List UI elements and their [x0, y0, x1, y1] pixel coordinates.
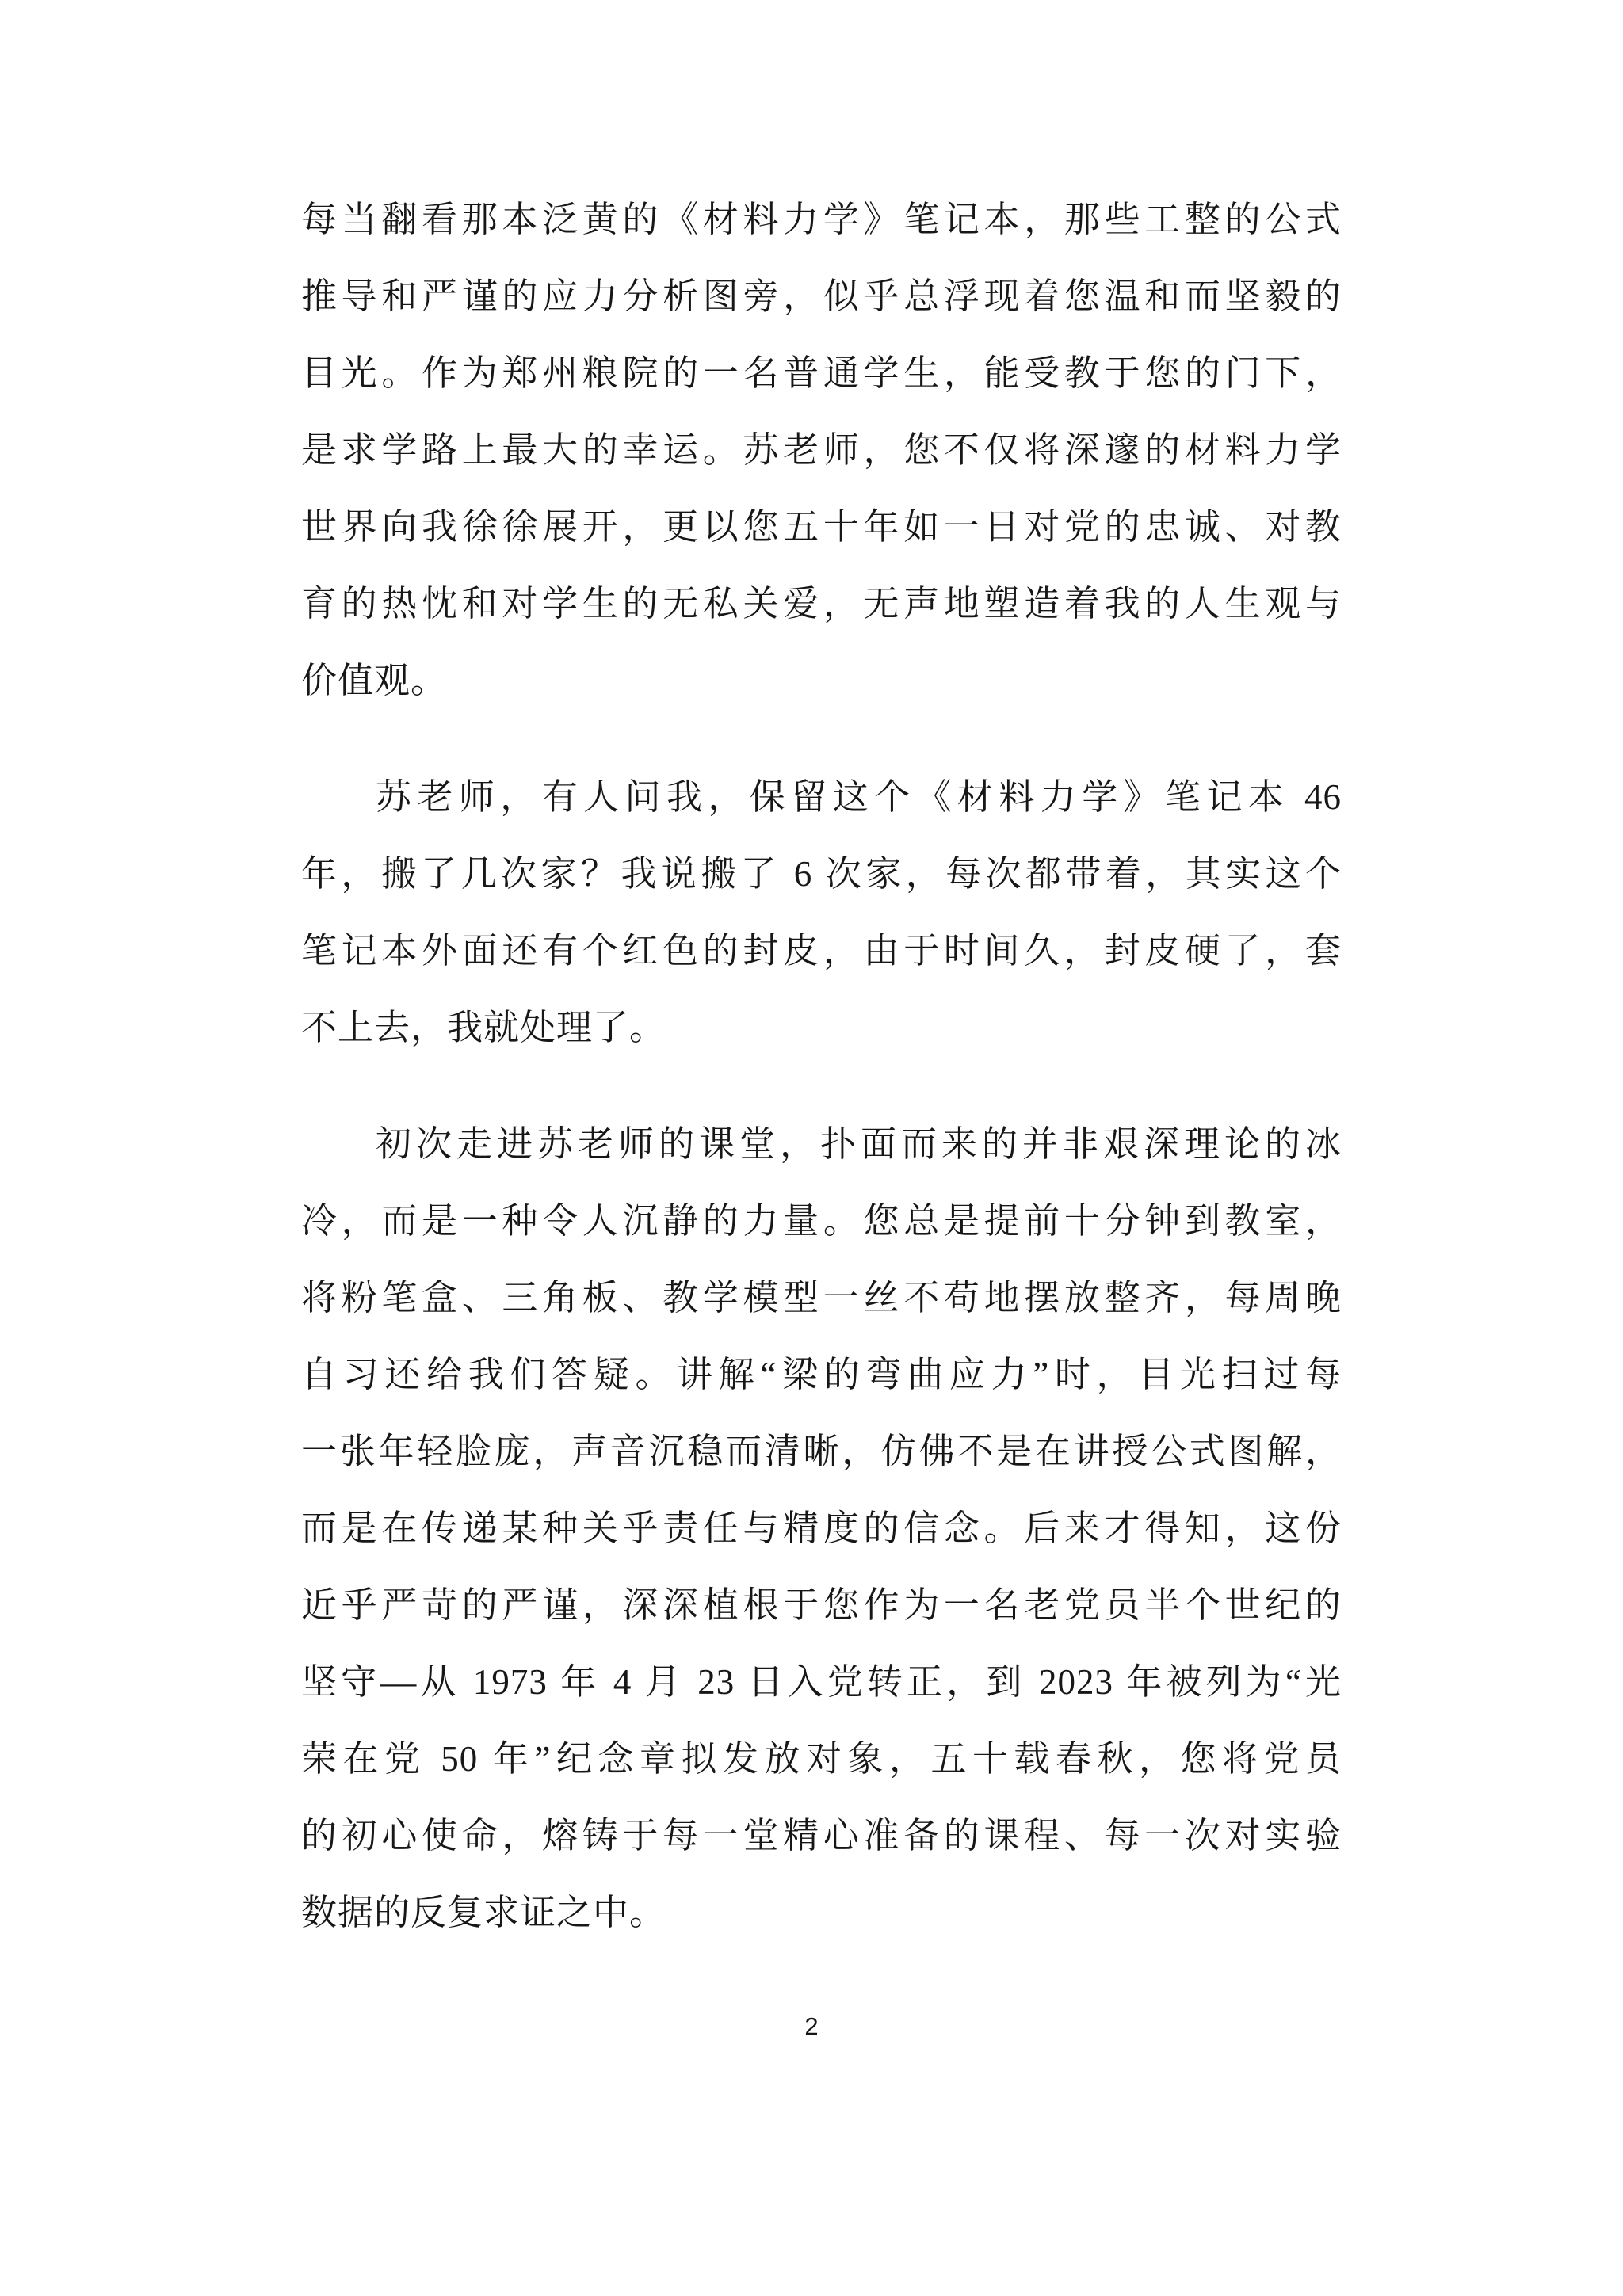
text-line: 苏老师，有人问我，保留这个《材料力学》笔记本 46 [301, 759, 1342, 836]
text-line: 每当翻看那本泛黄的《材料力学》笔记本，那些工整的公式 [301, 181, 1342, 258]
page-number: 2 [804, 2012, 818, 2040]
text-line: 将粉笔盒、三角板、教学模型一丝不苟地摆放整齐，每周晚 [301, 1260, 1342, 1337]
text-line: 近乎严苛的严谨，深深植根于您作为一名老党员半个世纪的 [301, 1567, 1342, 1644]
text-line: 一张年轻脸庞，声音沉稳而清晰，仿佛不是在讲授公式图解， [301, 1413, 1342, 1490]
text-line: 目光。作为郑州粮院的一名普通学生，能受教于您的门下， [301, 335, 1342, 412]
text-line: 不上去，我就处理了。 [301, 990, 1342, 1066]
text-line: 年，搬了几次家？我说搬了 6 次家，每次都带着，其实这个 [301, 836, 1342, 913]
paragraph: 每当翻看那本泛黄的《材料力学》笔记本，那些工整的公式推导和严谨的应力分析图旁，似… [301, 181, 1342, 719]
text-line: 世界向我徐徐展开，更以您五十年如一日对党的忠诚、对教 [301, 489, 1342, 566]
text-line: 是求学路上最大的幸运。苏老师，您不仅将深邃的材料力学 [301, 412, 1342, 489]
text-line: 自习还给我们答疑。讲解“梁的弯曲应力”时，目光扫过每 [301, 1337, 1342, 1413]
text-line: 坚守—从 1973 年 4 月 23 日入党转正，到 2023 年被列为“光 [301, 1644, 1342, 1721]
document-page: 每当翻看那本泛黄的《材料力学》笔记本，那些工整的公式推导和严谨的应力分析图旁，似… [0, 0, 1623, 2296]
text-line: 笔记本外面还有个红色的封皮，由于时间久，封皮硬了，套 [301, 913, 1342, 990]
text-line: 推导和严谨的应力分析图旁，似乎总浮现着您温和而坚毅的 [301, 258, 1342, 335]
text-line: 初次走进苏老师的课堂，扑面而来的并非艰深理论的冰 [301, 1106, 1342, 1183]
text-line: 的初心使命，熔铸于每一堂精心准备的课程、每一次对实验 [301, 1798, 1342, 1875]
page-footer: 2 [0, 2011, 1623, 2042]
text-line: 冷，而是一种令人沉静的力量。您总是提前十分钟到教室， [301, 1183, 1342, 1260]
text-line: 育的热忱和对学生的无私关爱，无声地塑造着我的人生观与 [301, 566, 1342, 643]
text-line: 荣在党 50 年”纪念章拟发放对象，五十载春秋，您将党员 [301, 1721, 1342, 1798]
paragraph: 初次走进苏老师的课堂，扑面而来的并非艰深理论的冰冷，而是一种令人沉静的力量。您总… [301, 1106, 1342, 1951]
text-line: 价值观。 [301, 643, 1342, 719]
text-line: 而是在传递某种关乎责任与精度的信念。后来才得知，这份 [301, 1490, 1342, 1567]
text-line: 数据的反复求证之中。 [301, 1875, 1342, 1951]
document-body: 每当翻看那本泛黄的《材料力学》笔记本，那些工整的公式推导和严谨的应力分析图旁，似… [301, 181, 1342, 1951]
paragraph: 苏老师，有人问我，保留这个《材料力学》笔记本 46年，搬了几次家？我说搬了 6 … [301, 759, 1342, 1066]
